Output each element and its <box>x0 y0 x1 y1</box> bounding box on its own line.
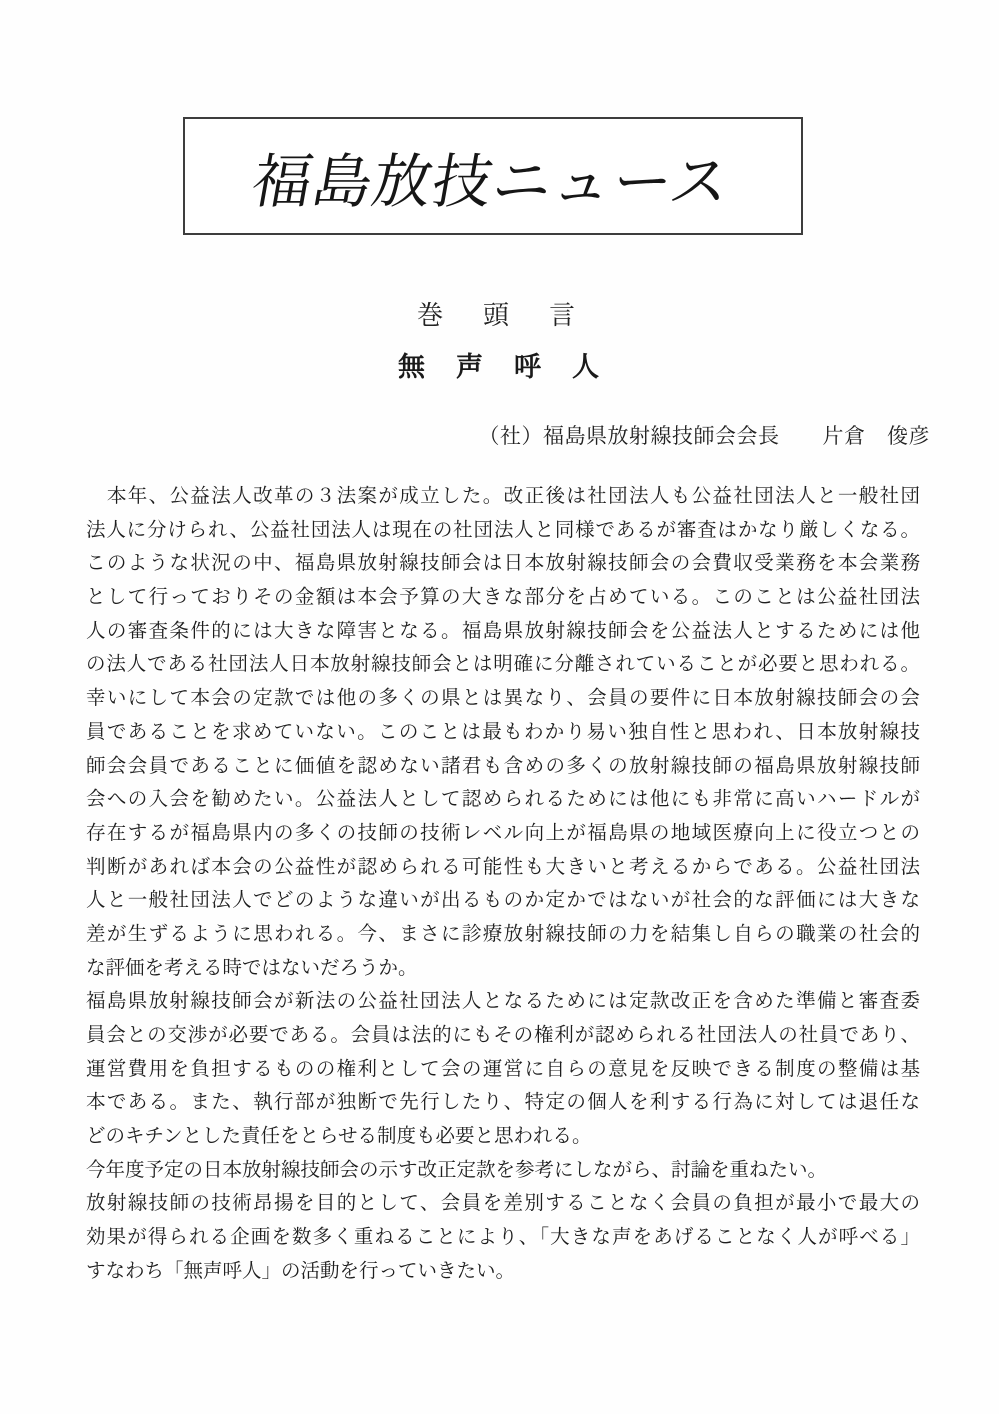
body-line: 員であることを求めていない。このことは最もわかり易い独自性と思われ、日本放射線技 <box>86 716 920 750</box>
body-line: すなわち「無声呼人」の活動を行っていきたい。 <box>86 1255 920 1289</box>
article-body: 本年、公益法人改革の３法案が成立した。改正後は社団法人も公益社団法人と一般社団法… <box>86 480 920 1289</box>
body-line: 法人に分けられ、公益社団法人は現在の社団法人と同様であるが審査はかなり厳しくなる… <box>86 514 920 548</box>
body-line: 差が生ずるように思われる。今、まさに診療放射線技師の力を結集し自らの職業の社会的 <box>86 918 920 952</box>
section-heading: 巻 頭 言 <box>0 295 999 332</box>
newsletter-title: 福島放技ニュース <box>247 134 739 219</box>
body-line: どのキチンとした責任をとらせる制度も必要と思われる。 <box>86 1120 920 1154</box>
body-line: 存在するが福島県内の多くの技師の技術レベル向上が福島県の地域医療向上に役立つとの <box>86 817 920 851</box>
body-line: 判断があれば本会の公益性が認められる可能性も大きいと考えるからである。公益社団法 <box>86 851 920 885</box>
body-line: 員会との交渉が必要である。会員は法的にもその権利が認められる社団法人の社員であり… <box>86 1019 920 1053</box>
body-line: 今年度予定の日本放射線技師会の示す改正定款を参考にしながら、討論を重ねたい。 <box>86 1154 920 1188</box>
document-page: 福島放技ニュース 巻 頭 言 無 声 呼 人 （社）福島県放射線技師会会長 片倉… <box>0 0 999 1414</box>
body-line: な評価を考える時ではないだろうか。 <box>86 952 920 986</box>
body-line: 放射線技師の技術昂揚を目的として、会員を差別することなく会員の負担が最小で最大の <box>86 1187 920 1221</box>
author-byline: （社）福島県放射線技師会会長 片倉 俊彦 <box>479 420 931 450</box>
body-line: 会への入会を勧めたい。公益法人として認められるためには他にも非常に高いハードルが <box>86 783 920 817</box>
body-line: として行っておりその金額は本会予算の大きな部分を占めている。このことは公益社団法 <box>86 581 920 615</box>
body-line: 人の審査条件的には大きな障害となる。福島県放射線技師会を公益法人とするためには他 <box>86 615 920 649</box>
body-line: このような状況の中、福島県放射線技師会は日本放射線技師会の会費収受業務を本会業務 <box>86 547 920 581</box>
body-line: 福島県放射線技師会が新法の公益社団法人となるためには定款改正を含めた準備と審査委 <box>86 985 920 1019</box>
body-line: 幸いにして本会の定款では他の多くの県とは異なり、会員の要件に日本放射線技師会の会 <box>86 682 920 716</box>
article-title: 無 声 呼 人 <box>0 345 999 384</box>
body-line: 本である。また、執行部が独断で先行したり、特定の個人を利する行為に対しては退任な <box>86 1086 920 1120</box>
body-line: 人と一般社団法人でどのような違いが出るものか定かではないが社会的な評価には大きな <box>86 884 920 918</box>
body-line: 運営費用を負担するものの権利として会の運営に自らの意見を反映できる制度の整備は基 <box>86 1053 920 1087</box>
body-line: 本年、公益法人改革の３法案が成立した。改正後は社団法人も公益社団法人と一般社団 <box>86 480 920 514</box>
body-line: の法人である社団法人日本放射線技師会とは明確に分離されていることが必要と思われる… <box>86 648 920 682</box>
newsletter-masthead-box: 福島放技ニュース <box>183 117 803 235</box>
body-line: 効果が得られる企画を数多く重ねることにより、「大きな声をあげることなく人が呼べる… <box>86 1221 920 1255</box>
body-line: 師会会員であることに価値を認めない諸君も含めの多くの放射線技師の福島県放射線技師 <box>86 750 920 784</box>
